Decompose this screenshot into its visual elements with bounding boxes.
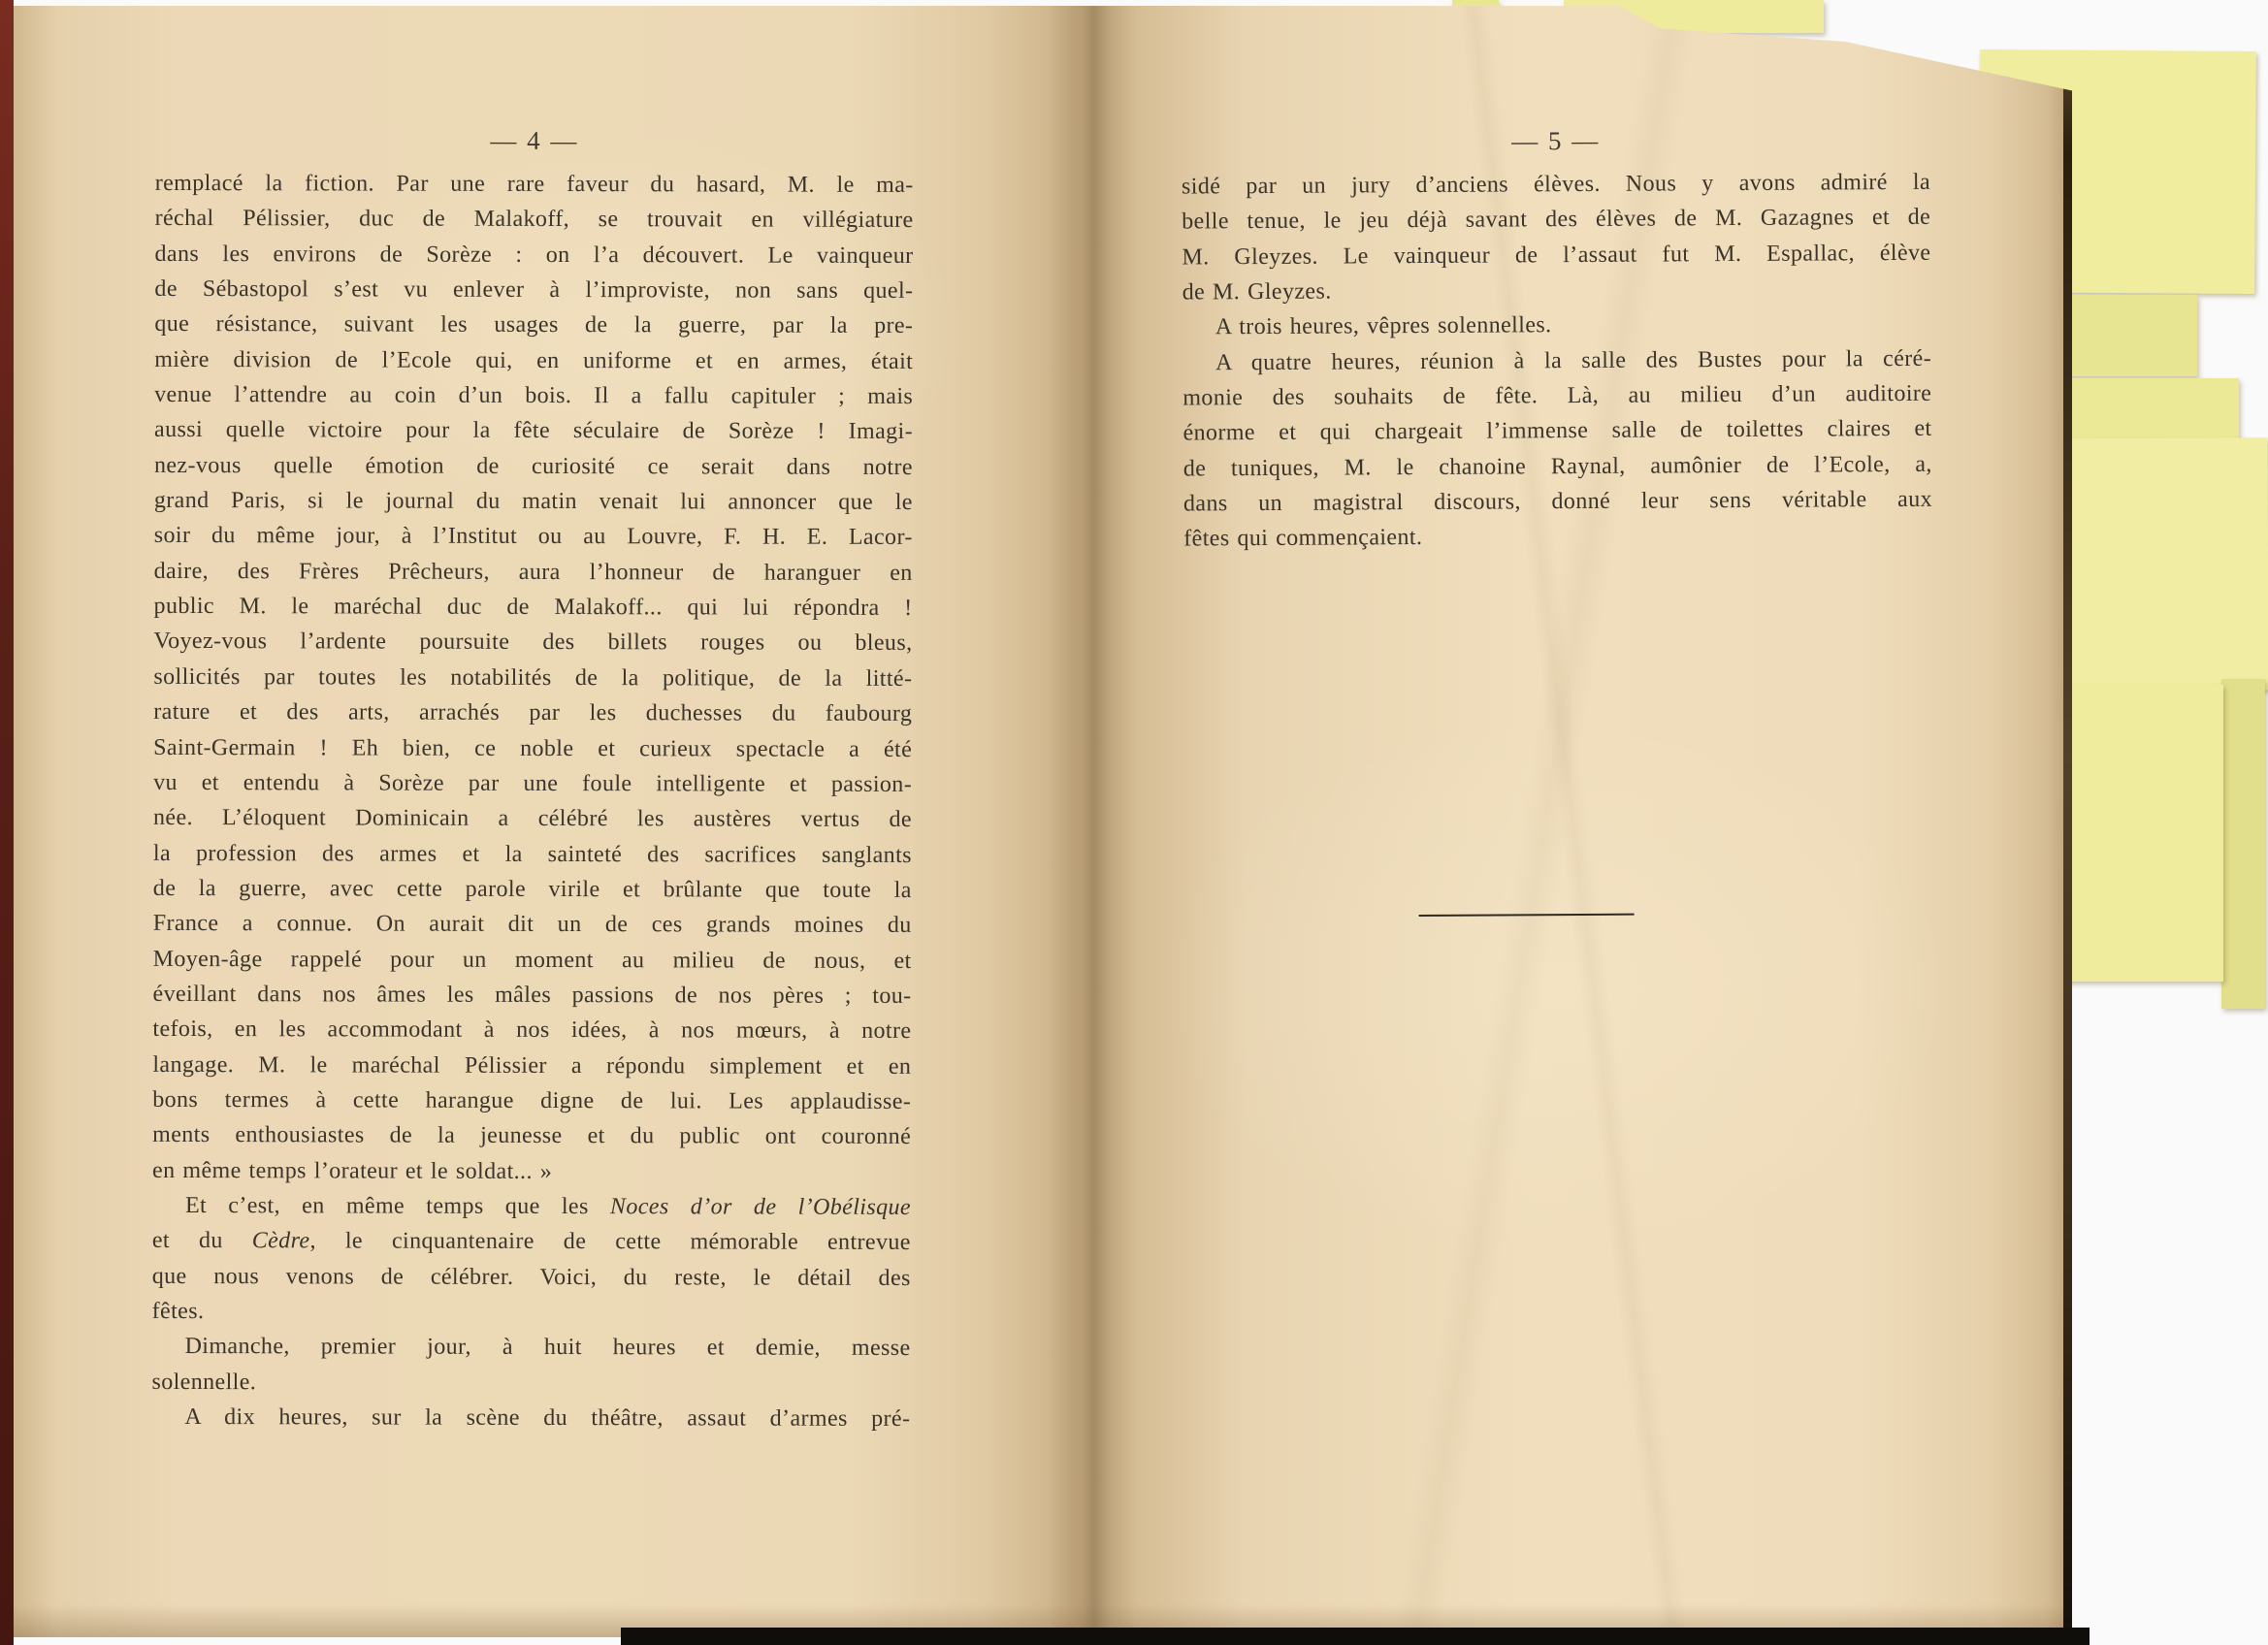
text-line: A trois heures, vêpres solennelles. [1183,306,1931,345]
text-line: sidé par un jury d’anciens élèves. Nous … [1182,165,1930,205]
text-line: réchal Pélissier, duc de Malakoff, se tr… [155,201,914,238]
text-block: sidé par un jury d’anciens élèves. Nous … [1182,165,1932,557]
scanned-book-spread: { "document": { "left_page": { "header":… [0,0,2268,1645]
sticky-tab-right-5-under [2221,679,2265,1009]
text-line: bons termes à cette harangue digne de lu… [152,1082,911,1119]
page-number: — 4 — [155,125,914,166]
book-right-edge [2063,6,2072,1637]
text-line: soir du même jour, à l’Institut ou au Lo… [154,518,913,555]
text-line: Et c’est, en même temps que les Noces d’… [152,1188,911,1225]
page-number: — 5 — [1182,124,1930,168]
book-bottom-edge [621,1628,2090,1645]
text-line: rature et des arts, arrachés par les duc… [153,694,912,731]
text-line: grand Paris, si le journal du matin vena… [154,483,913,520]
text-line: tefois, en les accommodant à nos idées, … [152,1012,911,1048]
text-line: nez-vous quelle émotion de curiosité ce … [154,448,913,485]
text-line: M. Gleyzes. Le vainqueur de l’assaut fut… [1182,235,1930,274]
text-line: énorme et qui chargeait l’immense salle … [1183,411,1931,451]
text-line: A quatre heures, réunion à la salle des … [1183,341,1931,381]
text-line: fêtes qui commençaient. [1183,517,1932,557]
text-line: daire, des Frères Prêcheurs, aura l’honn… [154,554,913,591]
text-line: public M. le maréchal duc de Malakoff...… [154,589,913,626]
text-line: sollicités par toutes les notabilités de… [153,660,912,696]
text-line: mière division de l’Ecole qui, en unifor… [154,342,913,379]
text-line: de la guerre, avec cette parole virile e… [153,871,912,908]
text-line: de Sébastopol s’est vu enlever à l’impro… [154,272,913,308]
text-line: éveillant dans nos âmes les mâles passio… [152,977,911,1014]
text-line: monie des souhaits de fête. Là, au milie… [1183,376,1931,416]
text-line: Voyez-vous l’ardente poursuite des bille… [153,624,912,661]
text-block: remplacé la fiction. Par une rare faveur… [151,166,913,1436]
text-line: France a connue. On aurait dit un de ces… [153,906,912,943]
text-line: remplacé la fiction. Par une rare faveur… [155,166,914,203]
text-line: de M. Gleyzes. [1183,271,1931,310]
text-line: venue l’attendre au coin d’un bois. Il a… [154,377,913,414]
text-line: vu et entendu à Sorèze par une foule int… [153,765,912,802]
page-5: — 5 — sidé par un jury d’anciens élèves.… [1092,6,2072,1637]
text-line: belle tenue, le jeu déjà savant des élèv… [1182,200,1930,240]
text-line: Dimanche, premier jour, à huit heures et… [152,1329,911,1366]
book-cover-left-edge [0,0,14,1645]
text-line: aussi quelle victoire pour la fête sécul… [154,412,913,449]
text-line: Moyen-âge rappelé pour un moment au mili… [153,941,912,978]
text-line: et du Cèdre, le cinquantenaire de cette … [152,1223,911,1260]
text-line: en même temps l’orateur et le soldat... … [152,1153,911,1190]
text-line: fêtes. [152,1294,911,1331]
page-4: — 4 — remplacé la fiction. Par une rare … [14,6,1092,1637]
text-line: Saint-Germain ! Eh bien, ce noble et cur… [153,729,912,766]
divider-rule [1419,914,1635,917]
text-line: A dix heures, sur la scène du théâtre, a… [151,1400,910,1436]
text-line: dans les environs de Sorèze : on l’a déc… [154,237,913,274]
text-line: dans un magistral discours, donné leur s… [1183,482,1932,522]
text-line: langage. M. le maréchal Pélissier a répo… [152,1048,911,1084]
text-line: solennelle. [151,1365,910,1402]
text-line: que nous venons de célébrer. Voici, du r… [152,1259,911,1296]
text-line: née. L’éloquent Dominicain a célébré les… [153,800,912,837]
text-line: la profession des armes et la sainteté d… [153,835,912,872]
book: — 4 — remplacé la fiction. Par une rare … [14,6,2072,1637]
text-line: que résistance, suivant les usages de la… [154,306,913,343]
text-line: de tuniques, M. le chanoine Raynal, aumô… [1183,447,1932,487]
text-line: ments enthousiastes de la jeunesse et du… [152,1117,911,1154]
